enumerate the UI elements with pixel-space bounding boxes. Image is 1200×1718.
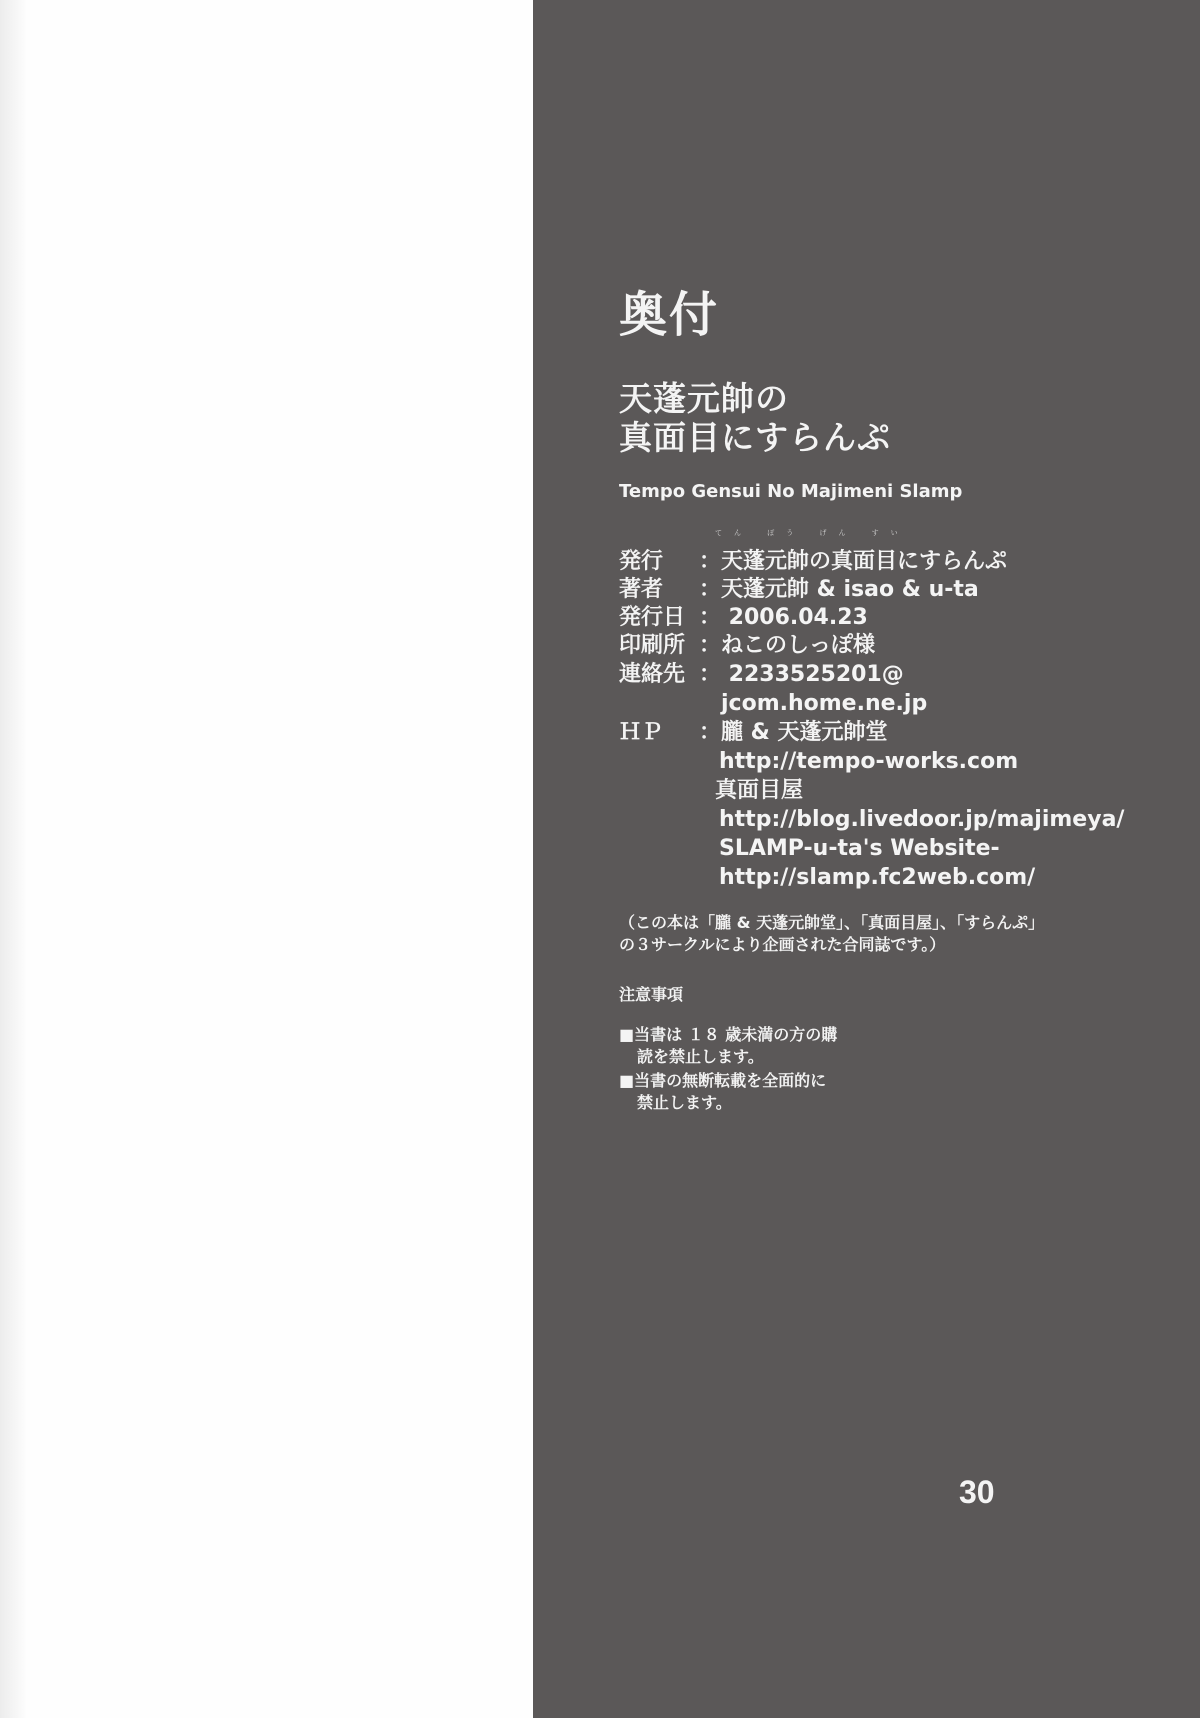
warnings-heading: 注意事項 (619, 982, 683, 1005)
publish-date-row: 発行日： 2006.04.23 (619, 604, 868, 632)
hp-link-slamp[interactable]: http://slamp.fc2web.com/ (719, 864, 1035, 892)
row-label: 連絡先 (619, 661, 699, 689)
warning-line: ■当書は １８ 歳未満の方の購 (619, 1024, 837, 1046)
book-subtitle: Tempo Gensui No Majimeni Slamp (619, 481, 962, 502)
row-label: 印刷所 (619, 632, 699, 660)
blank-left-page (0, 0, 533, 1718)
hp-row: ＨＰ：朧 & 天蓬元帥堂 (619, 719, 888, 747)
row-value: ：朧 & 天蓬元帥堂 (699, 719, 888, 747)
furigana: てん ぽう げん すい (715, 528, 910, 538)
note-line-2: の３サークルにより企画された合同誌です。） (619, 934, 945, 956)
contact-email-domain: jcom.home.ne.jp (721, 690, 927, 718)
hp-circle-majimeya: 真面目屋 (715, 777, 803, 805)
row-label: 発行日 (619, 604, 699, 632)
hp-circle-slamp: SLAMP-u-ta's Website- (719, 835, 1000, 863)
row-label: ＨＰ (619, 719, 699, 747)
warning-item-2: ■当書の無断転載を全面的に 禁止します。 (619, 1070, 826, 1114)
row-value: ：ねこのしっぽ様 (699, 632, 875, 660)
book-title-line-2: 真面目にすらんぷ (619, 419, 891, 457)
contact-row: 連絡先： 2233525201@ (619, 661, 904, 689)
hp-link-livedoor[interactable]: http://blog.livedoor.jp/majimeya/ (719, 806, 1124, 834)
row-label: 著者 (619, 576, 699, 604)
printer-row: 印刷所：ねこのしっぽ様 (619, 632, 875, 660)
colophon-panel: 奥付 天蓬元帥の 真面目にすらんぷ Tempo Gensui No Majime… (533, 0, 1200, 1718)
row-value: ：天蓬元帥 & isao & u-ta (699, 576, 979, 604)
warning-line: 読を禁止します。 (619, 1046, 837, 1068)
book-title-line-1: 天蓬元帥の (619, 380, 789, 418)
author-row: 著者：天蓬元帥 & isao & u-ta (619, 576, 979, 604)
row-label: 発行 (619, 548, 699, 576)
colophon-heading: 奥付 (619, 276, 719, 345)
hp-link-tempo-works[interactable]: http://tempo-works.com (719, 748, 1018, 776)
warning-line: ■当書の無断転載を全面的に (619, 1070, 826, 1092)
row-value: ：天蓬元帥の真面目にすらんぷ (699, 548, 1007, 576)
row-value: ： 2006.04.23 (699, 604, 868, 632)
warning-item-1: ■当書は １８ 歳未満の方の購 読を禁止します。 (619, 1024, 837, 1068)
page-edge (0, 0, 26, 1718)
warning-line: 禁止します。 (619, 1092, 826, 1114)
page-number: 30 (959, 1474, 995, 1511)
publisher-row: 発行：天蓬元帥の真面目にすらんぷ (619, 548, 1007, 576)
row-value: ： 2233525201@ (699, 661, 904, 689)
note-line-1: （この本は「朧 & 天蓬元帥堂」、「真面目屋」、「すらんぷ」 (619, 912, 1044, 934)
